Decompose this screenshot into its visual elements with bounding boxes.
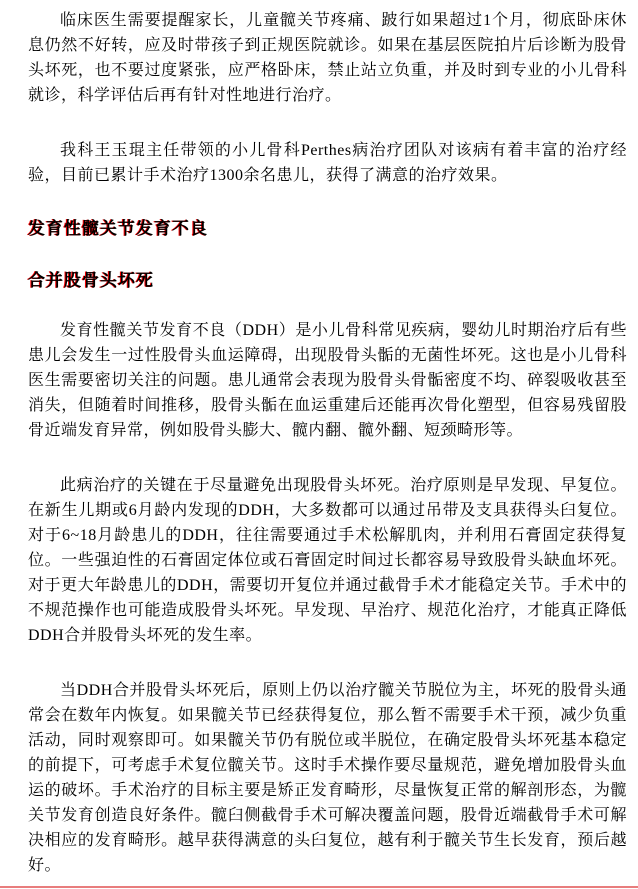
section-heading-femoral-head-necrosis: 合并股骨头坏死	[28, 270, 627, 292]
bottom-divider-rule	[0, 886, 638, 888]
paragraph-clinical-advice: 临床医生需要提醒家长，儿童髋关节疼痛、跛行如果超过1个月，彻底卧床休息仍然不好转…	[28, 8, 627, 108]
article-content: 临床医生需要提醒家长，儿童髋关节疼痛、跛行如果超过1个月，彻底卧床休息仍然不好转…	[0, 0, 638, 878]
paragraph-ddh-treatment-principles: 此病治疗的关键在于尽量避免出现股骨头坏死。治疗原则是早发现、早复位。在新生儿期或…	[28, 473, 627, 648]
paragraph-ddh-overview: 发育性髋关节发育不良（DDH）是小儿骨科常见疾病，婴幼儿时期治疗后有些患儿会发生…	[28, 318, 627, 443]
paragraph-ddh-necrosis-management: 当DDH合并股骨头坏死后，原则上仍以治疗髋关节脱位为主，坏死的股骨头通常会在数年…	[28, 678, 627, 878]
article-page: 临床医生需要提醒家长，儿童髋关节疼痛、跛行如果超过1个月，彻底卧床休息仍然不好转…	[0, 0, 638, 889]
section-heading-ddh: 发育性髋关节发育不良	[28, 218, 627, 240]
paragraph-team-experience: 我科王玉琨主任带领的小儿骨科Perthes病治疗团队对该病有着丰富的治疗经验，目…	[28, 138, 627, 188]
